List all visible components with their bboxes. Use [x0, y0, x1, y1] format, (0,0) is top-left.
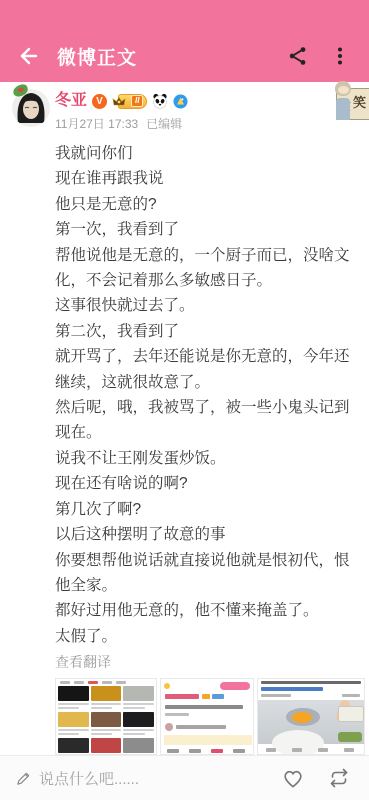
attachment-weibo-post[interactable] [160, 678, 254, 755]
crown-icon [112, 95, 126, 109]
attachment-video-grid[interactable] [55, 678, 157, 755]
mini-username-bar [165, 694, 199, 699]
video-card-grid [58, 686, 154, 753]
mini-link-bar [261, 687, 323, 691]
author-name-row: 冬亚 V II [55, 92, 188, 110]
page-title: 微博正文 [57, 43, 137, 70]
weibo-post-detail-screen: 微博正文 冬亚 V II [0, 0, 369, 800]
pencil-icon [16, 771, 31, 786]
vip-crown-badge: II [118, 94, 147, 109]
author-username[interactable]: 冬亚 [55, 92, 87, 110]
back-arrow-icon [17, 44, 41, 68]
comment-placeholder: 说点什么吧...... [39, 768, 139, 789]
sticker-girl-face [338, 86, 349, 94]
author-avatar[interactable] [12, 89, 50, 127]
sticker-girl-body [336, 98, 350, 120]
verified-v-icon: V [92, 94, 107, 109]
vip-level-label: II [131, 95, 143, 107]
app-bar: 微博正文 [0, 30, 369, 82]
back-button[interactable] [16, 43, 42, 69]
sticker-char-right: 笑 [353, 92, 366, 111]
panda-badge-icon [152, 93, 168, 109]
share-button[interactable] [285, 43, 311, 69]
smile-sticker-widget[interactable]: 微 笑 [336, 88, 369, 120]
attachment-grid [55, 678, 365, 755]
like-button[interactable] [279, 764, 307, 792]
mini-follow-button [220, 682, 250, 690]
cooking-photo [258, 700, 365, 744]
heart-icon [280, 765, 306, 791]
blue-badge-icon [173, 94, 188, 109]
repost-icon [327, 766, 351, 790]
post-meta: 11月27日 17:33 已编辑 [55, 115, 182, 132]
app-header: 微博正文 [0, 0, 369, 82]
post-body-text: 我就问你们 现在谁再跟我说 他只是无意的? 第一次，我看到了 帮他说他是无意的，… [55, 141, 355, 649]
share-icon [287, 45, 309, 67]
repost-button[interactable] [325, 764, 353, 792]
attachment-cooking-video[interactable] [257, 678, 365, 755]
more-button[interactable] [327, 43, 353, 69]
comment-input[interactable]: 说点什么吧...... [16, 768, 139, 789]
post-edited-label: 已编辑 [146, 115, 182, 132]
comment-bar: 说点什么吧...... [0, 755, 369, 800]
more-dots-icon [329, 45, 351, 67]
post-timestamp: 11月27日 17:33 [55, 115, 138, 132]
view-translation-link[interactable]: 查看翻译 [55, 652, 111, 672]
